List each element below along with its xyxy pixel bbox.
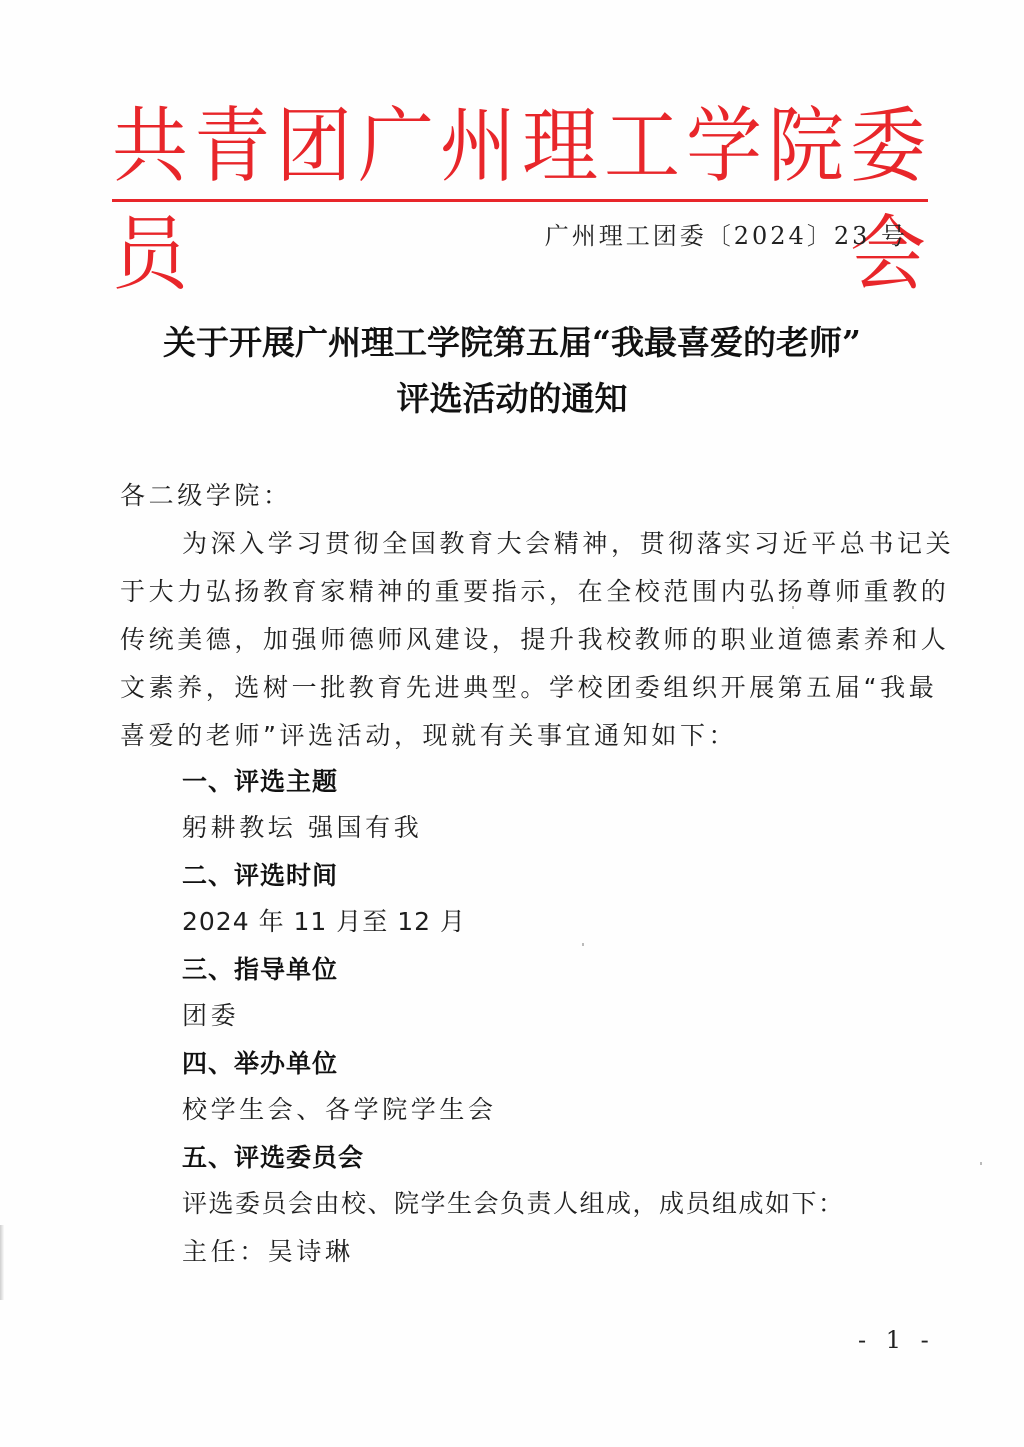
- document-title-line-2: 评选活动的通知: [100, 374, 924, 424]
- intro-paragraph-line: 文素养，选树一批教育先进典型。学校团委组织开展第五届“我最: [120, 668, 910, 708]
- section-heading-guiding-unit: 三、指导单位: [182, 950, 338, 990]
- section-content-committee: 评选委员会由校、院学生会负责人组成，成员组成如下：: [182, 1184, 972, 1224]
- section-content-organizer: 校学生会、各学院学生会: [182, 1090, 972, 1130]
- section-heading-theme: 一、评选主题: [182, 762, 338, 802]
- salutation: 各二级学院：: [120, 476, 910, 516]
- section-heading-time: 二、评选时间: [182, 856, 338, 896]
- scan-speck: [792, 606, 794, 609]
- section-content-theme: 躬耕教坛 强国有我: [182, 808, 972, 848]
- scan-speck: [980, 1162, 982, 1165]
- document-title-line-1: 关于开展广州理工学院第五届“我最喜爱的老师”: [100, 318, 924, 368]
- section-content-guiding-unit: 团委: [182, 996, 972, 1036]
- scan-speck: [582, 943, 584, 946]
- section-content-time: 2024 年 11 月至 12 月: [182, 902, 972, 942]
- red-divider-rule: [112, 199, 928, 202]
- committee-director: 主任：吴诗琳: [182, 1232, 972, 1272]
- document-page: 共青团广州理工学院委员会 广州理工团委〔2024〕23 号 关于开展广州理工学院…: [0, 0, 1024, 1447]
- scan-edge-shadow: [0, 1225, 4, 1300]
- document-number: 广州理工团委〔2024〕23 号: [545, 216, 908, 256]
- section-heading-committee: 五、评选委员会: [182, 1138, 364, 1178]
- intro-paragraph-line: 传统美德，加强师德师风建设，提升我校教师的职业道德素养和人: [120, 620, 910, 660]
- intro-paragraph-line: 为深入学习贯彻全国教育大会精神，贯彻落实习近平总书记关: [182, 524, 908, 564]
- section-heading-organizer: 四、举办单位: [182, 1044, 338, 1084]
- issuer-masthead: 共青团广州理工学院委员会: [112, 92, 928, 200]
- page-number: - 1 -: [858, 1320, 935, 1360]
- intro-paragraph-line: 喜爱的老师”评选活动，现就有关事宜通知如下：: [120, 716, 910, 756]
